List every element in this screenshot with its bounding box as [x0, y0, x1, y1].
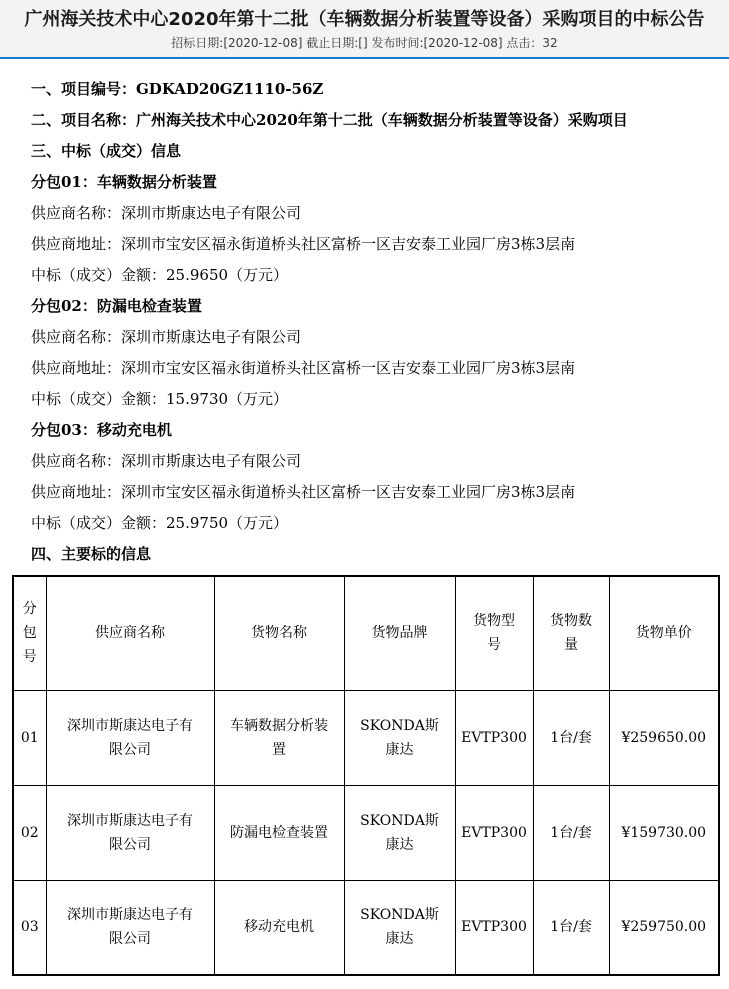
cell-col-brand: SKONDA斯康达	[344, 880, 455, 975]
column-header-col-model: 货物型号	[455, 576, 533, 690]
page-title: 广州海关技术中心2020年第十二批（车辆数据分析装置等设备）采购项目的中标公告	[8, 9, 721, 31]
detail-line: 中标（成交）金额：15.9730（万元）	[31, 389, 709, 409]
detail-line: 中标（成交）金额：25.9650（万元）	[31, 265, 709, 285]
cell-col-price: ¥259650.00	[609, 690, 719, 785]
cell-col-brand: SKONDA斯康达	[344, 690, 455, 785]
lots-table-body: 01深圳市斯康达电子有限公司车辆数据分析装置SKONDA斯康达EVTP3001台…	[13, 690, 719, 975]
column-header-col-supplier: 供应商名称	[46, 576, 214, 690]
cell-col-supplier: 深圳市斯康达电子有限公司	[46, 690, 214, 785]
detail-line: 供应商名称：深圳市斯康达电子有限公司	[31, 451, 709, 471]
column-header-col-lot: 分包号	[13, 576, 46, 690]
detail-line: 中标（成交）金额：25.9750（万元）	[31, 513, 709, 533]
lot-heading: 分包02：防漏电检查装置	[31, 296, 709, 316]
table-row: 03深圳市斯康达电子有限公司移动充电机SKONDA斯康达EVTP3001台/套¥…	[13, 880, 719, 975]
cell-col-lot: 03	[13, 880, 46, 975]
detail-line: 供应商地址：深圳市宝安区福永街道桥头社区富桥一区吉安泰工业园厂房3栋3层南	[31, 234, 709, 254]
table-row: 02深圳市斯康达电子有限公司防漏电检查装置SKONDA斯康达EVTP3001台/…	[13, 785, 719, 880]
cell-col-model: EVTP300	[455, 690, 533, 785]
cell-col-model: EVTP300	[455, 785, 533, 880]
announcement-body: 一、项目编号：GDKAD20GZ1110-56Z二、项目名称：广州海关技术中心2…	[0, 59, 729, 564]
table-row: 01深圳市斯康达电子有限公司车辆数据分析装置SKONDA斯康达EVTP3001台…	[13, 690, 719, 785]
column-header-col-price: 货物单价	[609, 576, 719, 690]
cell-col-lot: 01	[13, 690, 46, 785]
section-heading: 四、主要标的信息	[31, 544, 709, 564]
cell-col-price: ¥259750.00	[609, 880, 719, 975]
cell-col-supplier: 深圳市斯康达电子有限公司	[46, 880, 214, 975]
cell-col-goods: 车辆数据分析装置	[214, 690, 344, 785]
detail-line: 供应商地址：深圳市宝安区福永街道桥头社区富桥一区吉安泰工业园厂房3栋3层南	[31, 358, 709, 378]
detail-line: 供应商名称：深圳市斯康达电子有限公司	[31, 327, 709, 347]
cell-col-supplier: 深圳市斯康达电子有限公司	[46, 785, 214, 880]
section-heading: 三、中标（成交）信息	[31, 141, 709, 161]
column-header-col-goods: 货物名称	[214, 576, 344, 690]
lots-table-header: 分包号供应商名称货物名称货物品牌货物型号货物数量货物单价	[13, 576, 719, 690]
cell-col-goods: 移动充电机	[214, 880, 344, 975]
cell-col-qty: 1台/套	[533, 690, 609, 785]
column-header-col-qty: 货物数量	[533, 576, 609, 690]
cell-col-price: ¥159730.00	[609, 785, 719, 880]
announcement-meta: 招标日期:[2020-12-08] 截止日期:[] 发布时间:[2020-12-…	[8, 36, 721, 51]
lot-heading: 分包01：车辆数据分析装置	[31, 172, 709, 192]
cell-col-brand: SKONDA斯康达	[344, 785, 455, 880]
section-heading: 二、项目名称：广州海关技术中心2020年第十二批（车辆数据分析装置等设备）采购项…	[31, 110, 709, 130]
cell-col-qty: 1台/套	[533, 785, 609, 880]
announcement-header: 广州海关技术中心2020年第十二批（车辆数据分析装置等设备）采购项目的中标公告 …	[0, 0, 729, 59]
cell-col-model: EVTP300	[455, 880, 533, 975]
lots-table-header-row: 分包号供应商名称货物名称货物品牌货物型号货物数量货物单价	[13, 576, 719, 690]
cell-col-goods: 防漏电检查装置	[214, 785, 344, 880]
cell-col-lot: 02	[13, 785, 46, 880]
cell-col-qty: 1台/套	[533, 880, 609, 975]
lot-heading: 分包03：移动充电机	[31, 420, 709, 440]
detail-line: 供应商名称：深圳市斯康达电子有限公司	[31, 203, 709, 223]
lots-table: 分包号供应商名称货物名称货物品牌货物型号货物数量货物单价 01深圳市斯康达电子有…	[12, 575, 720, 976]
section-heading: 一、项目编号：GDKAD20GZ1110-56Z	[31, 79, 709, 99]
detail-line: 供应商地址：深圳市宝安区福永街道桥头社区富桥一区吉安泰工业园厂房3栋3层南	[31, 482, 709, 502]
column-header-col-brand: 货物品牌	[344, 576, 455, 690]
